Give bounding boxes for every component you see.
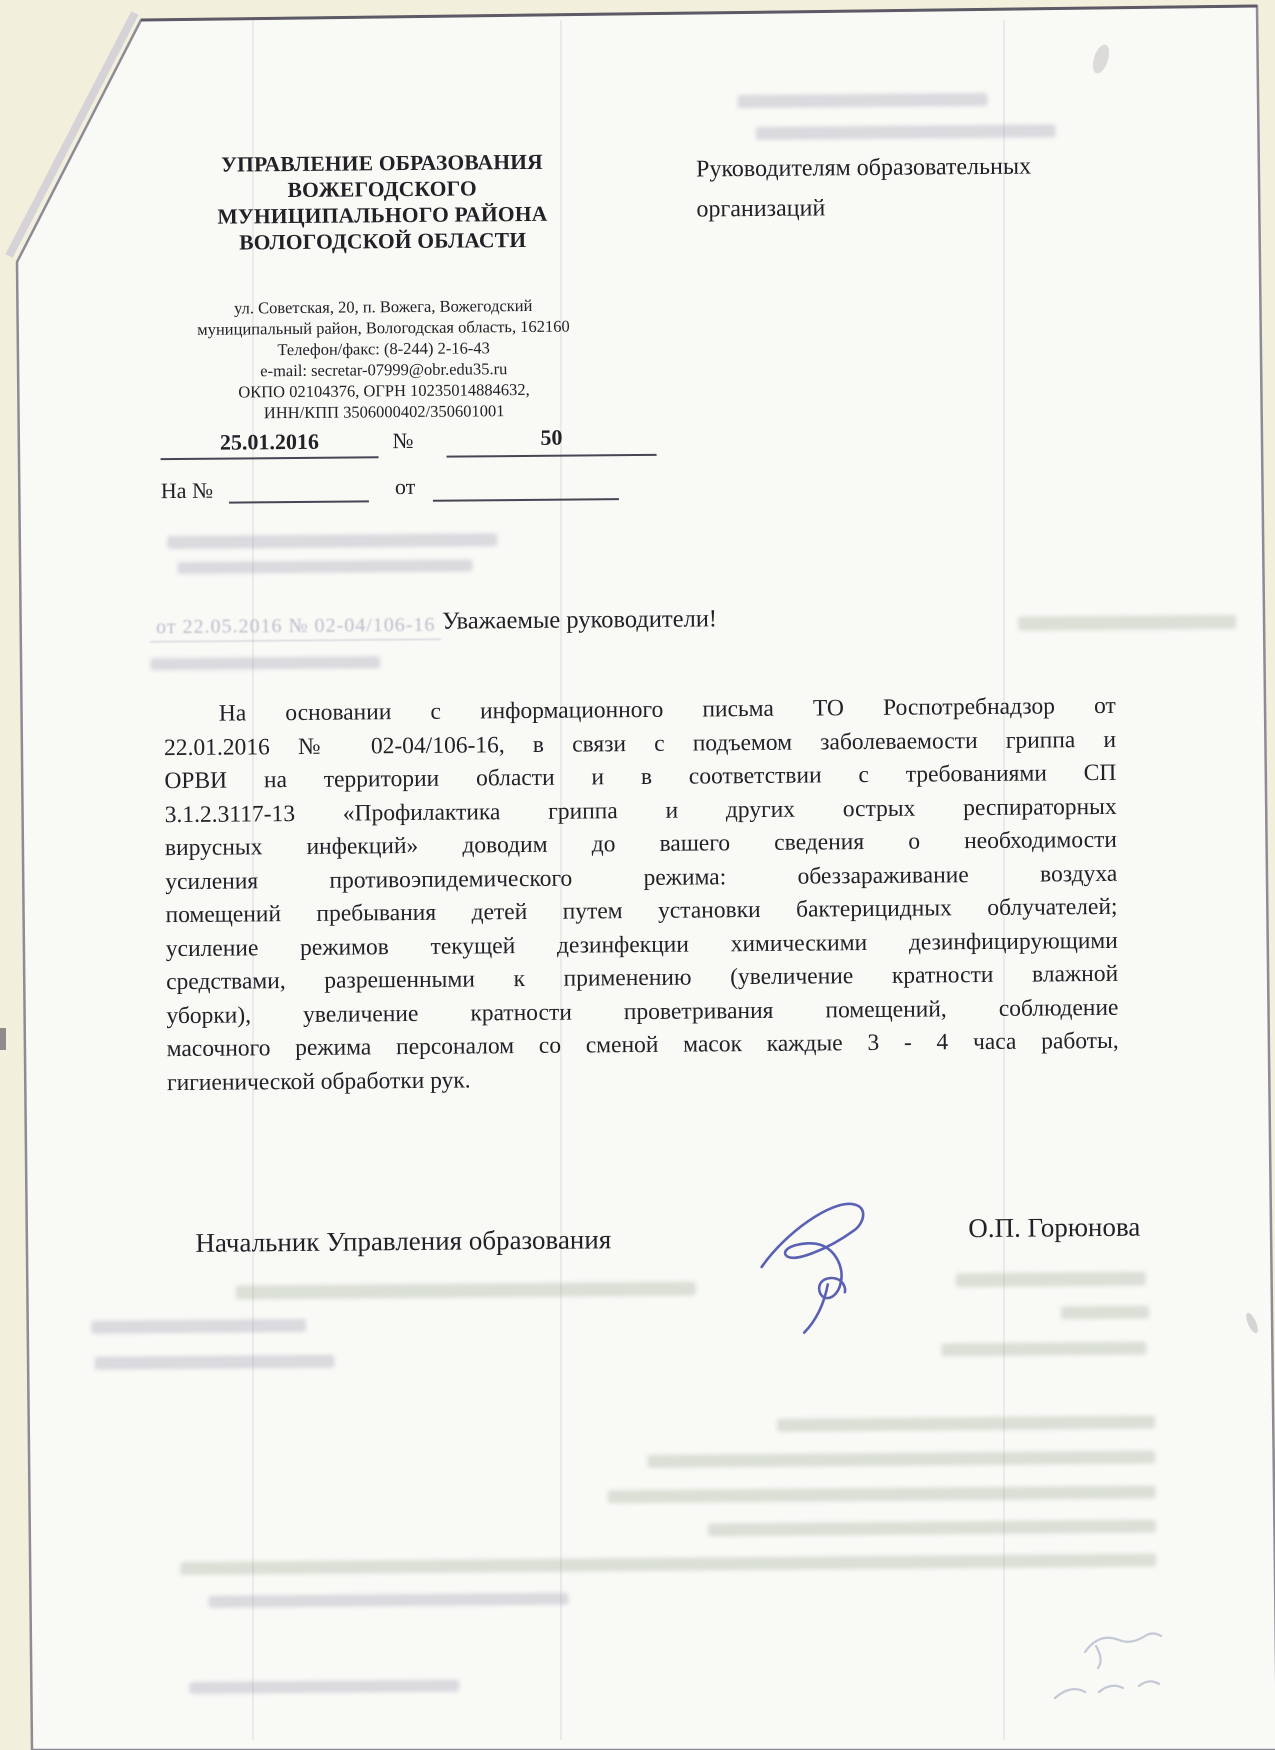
bleed-line [1018, 615, 1236, 631]
bleed-line [150, 656, 380, 670]
pencil-note [1000, 1590, 1260, 1730]
letterhead: УПРАВЛЕНИЕ ОБРАЗОВАНИЯВОЖЕГОДСКОГОМУНИЦИ… [158, 148, 608, 424]
outgoing-reference-row: 25.01.2016 № 50 [160, 424, 680, 461]
number-label: № [392, 428, 413, 458]
organization-name-line: ВОЖЕГОДСКОГО [158, 174, 606, 204]
letter-body: На основании с информационного письма ТО… [164, 690, 1119, 1100]
letter-content: УПРАВЛЕНИЕ ОБРАЗОВАНИЯВОЖЕГОДСКОГОМУНИЦИ… [0, 0, 1275, 1750]
recipient-block: Руководителям образовательных организаци… [696, 146, 1129, 230]
bleed-line [647, 1451, 1155, 1468]
bleed-line [956, 1272, 1146, 1288]
bleed-line [777, 1416, 1155, 1432]
signer-name: О.П. Горюнова [968, 1212, 1140, 1244]
reply-number-label: На № [161, 478, 213, 504]
bleed-line [708, 1520, 1156, 1537]
bleed-line [737, 93, 987, 108]
bleed-line [189, 1680, 459, 1694]
bleed-line [180, 1554, 1156, 1576]
bleed-line [941, 1342, 1146, 1357]
organization-name-line: ВОЛОГОДСКОЙ ОБЛАСТИ [159, 226, 607, 256]
scan-edge-mark [0, 1028, 6, 1050]
organization-address-line: муниципальный район, Вологодская область… [159, 315, 607, 340]
bleed-line [177, 559, 472, 574]
reply-date-blank [433, 472, 619, 502]
organization-address-line: ИНН/КПП 3506000402/350601001 [160, 399, 608, 424]
scanned-letter-page: УПРАВЛЕНИЕ ОБРАЗОВАНИЯВОЖЕГОДСКОГОМУНИЦИ… [0, 0, 1275, 1750]
letter-date: 25.01.2016 [160, 428, 378, 460]
bleed-reference-text: от 22.05.2016 № 02-04/106-16 [150, 614, 442, 643]
bleed-line [608, 1486, 1156, 1504]
bleed-line [1061, 1306, 1149, 1320]
handwritten-signature [757, 1180, 888, 1341]
organization-name: УПРАВЛЕНИЕ ОБРАЗОВАНИЯВОЖЕГОДСКОГОМУНИЦИ… [158, 148, 607, 256]
organization-name-line: МУНИЦИПАЛЬНОГО РАЙОНА [158, 200, 606, 230]
reply-from-label: от [395, 474, 416, 502]
bleed-line [236, 1282, 696, 1300]
organization-name-line: УПРАВЛЕНИЕ ОБРАЗОВАНИЯ [158, 148, 606, 178]
letter-number: 50 [446, 424, 656, 458]
signer-position: Начальник Управления образования [195, 1224, 611, 1259]
bleed-line [756, 124, 1056, 140]
reply-reference-row: На № от [161, 472, 681, 505]
reply-number-blank [229, 474, 369, 503]
organization-address: ул. Советская, 20, п. Вожега, Вожегодски… [159, 294, 608, 424]
bleed-line [94, 1355, 334, 1370]
bleed-line [167, 533, 497, 549]
salutation: Уважаемые руководители! [442, 605, 717, 635]
bleed-line [91, 1319, 306, 1334]
bleed-line [208, 1593, 568, 1608]
